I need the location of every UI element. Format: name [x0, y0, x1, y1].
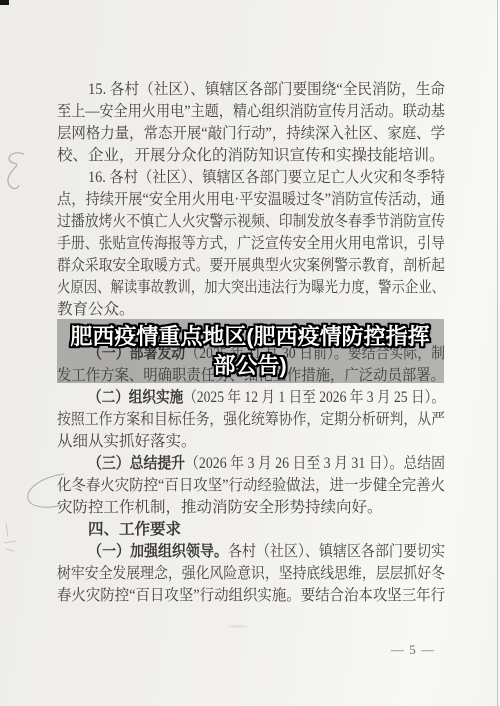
document-line: 15. 各村（社区）、镇辖区各部门要围绕“全民消防，生命: [57, 79, 445, 101]
bold-text-segment: （三）总结提升: [88, 455, 185, 472]
document-line: 教育公众。: [57, 299, 445, 321]
text-segment: 教育公众。: [57, 301, 135, 318]
document-line: 群众采取安全取暖方式。要开展典型火灾案例警示教育，剖析起: [57, 255, 445, 277]
text-segment: 从细从实抓好落实。: [57, 433, 197, 450]
bold-text-segment: 四、工作要求: [88, 521, 181, 538]
text-segment: 化冬春火灾防控“百日攻坚”行动经验做法，进一步健全完善火: [57, 477, 445, 494]
text-segment: 至上—安全用火用电”主题，精心组织消防宣传月活动。联动基: [57, 103, 445, 120]
text-segment: 群众采取安全取暖方式。要开展典型火灾案例警示教育，剖析起: [57, 257, 445, 274]
text-segment: 16. 各村（社区）、镇辖区各部门要立足亡人火灾和冬季特: [88, 169, 445, 186]
text-segment: 灾防控工作机制，推动消防安全形势持续向好。: [57, 499, 383, 516]
scan-smudge-artifact: [228, 625, 248, 628]
document-line: 从细从实抓好落实。: [57, 431, 445, 453]
document-line: （一）加强组织领导。各村（社区）、镇辖区各部门要切实: [57, 541, 445, 563]
document-line: （二）组织实施（2025 年 12 月 1 日至 2026 年 3 月 25 日…: [57, 387, 445, 409]
text-segment: 点，持续开展“安全用火用电·平安温暖过冬”消防宣传活动，通: [57, 191, 445, 208]
overlay-title: 肥西疫情重点地区(肥西疫情防控指挥 部公告): [50, 319, 450, 383]
document-line: 火原因、解读事故教训，加大突出违法行为曝光力度，警示企业、: [57, 277, 445, 299]
document-line: 灾防控工作机制，推动消防安全形势持续向好。: [57, 497, 445, 519]
document-line: 化冬春火灾防控“百日攻坚”行动经验做法，进一步健全完善火: [57, 475, 445, 497]
document-line: 16. 各村（社区）、镇辖区各部门要立足亡人火灾和冬季特: [57, 167, 445, 189]
section-heading: 四、工作要求: [57, 519, 445, 541]
document-line: 春火灾防控“百日攻坚”行动组织实施。要结合治本攻坚三年行: [57, 585, 445, 607]
document-line: 手册、张贴宣传海报等方式，广泛宣传安全用火用电常识，引导: [57, 233, 445, 255]
overlay-title-line1: 肥西疫情重点地区(肥西疫情防控指挥: [70, 322, 429, 351]
text-segment: （2025 年 12 月 1 日至 2026 年 3 月 25 日）。: [183, 389, 445, 406]
pencil-marks-artifact: [1, 520, 25, 556]
document-line: 树牢安全发展理念，强化风险意识，坚持底线思维，层层抓好冬: [57, 563, 445, 585]
bold-text-segment: （二）组织实施: [88, 389, 183, 406]
text-segment: 手册、张贴宣传海报等方式，广泛宣传安全用火用电常识，引导: [57, 235, 445, 252]
text-segment: 校、企业，开展分众化的消防知识宣传和实操技能培训。: [57, 147, 445, 164]
bold-text-segment: （一）加强组织领导。: [88, 543, 228, 560]
text-segment: 春火灾防控“百日攻坚”行动组织实施。要结合治本攻坚三年行: [57, 587, 445, 604]
page-edge-line: [497, 0, 498, 706]
document-line: 点，持续开展“安全用火用电·平安温暖过冬”消防宣传活动，通: [57, 189, 445, 211]
text-segment: 过播放烤火不慎亡人火灾警示视频、印制发放冬春季节消防宣传: [57, 213, 445, 230]
text-segment: 层网格力量，常态开展“敲门行动”，持续深入社区、家庭、学: [57, 125, 445, 142]
text-segment: 各村（社区）、镇辖区各部门要切实: [228, 543, 445, 560]
text-segment: （2026 年 3 月 26 日至 3 月 31 日）。总结固: [185, 455, 445, 472]
document-line: 至上—安全用火用电”主题，精心组织消防宣传月活动。联动基: [57, 101, 445, 123]
document-line: 按照工作方案和目标任务，强化统筹协作，定期分析研判，从严: [57, 409, 445, 431]
document-line: 过播放烤火不慎亡人火灾警示视频、印制发放冬春季节消防宣传: [57, 211, 445, 233]
text-segment: 树牢安全发展理念，强化风险意识，坚持底线思维，层层抓好冬: [57, 565, 445, 582]
page-number: — 5 —: [378, 642, 448, 658]
text-segment: 火原因、解读事故教训，加大突出违法行为曝光力度，警示企业、: [57, 279, 445, 296]
document-line: 层网格力量，常态开展“敲门行动”，持续深入社区、家庭、学: [57, 123, 445, 145]
text-segment: 15. 各村（社区）、镇辖区各部门要围绕“全民消防，生命: [88, 81, 445, 98]
scanned-document-page: 15. 各村（社区）、镇辖区各部门要围绕“全民消防，生命至上—安全用火用电”主题…: [0, 0, 500, 706]
scan-corner-artifact: [0, 0, 9, 5]
overlay-title-line2: 部公告): [213, 351, 286, 380]
text-segment: 按照工作方案和目标任务，强化统筹协作，定期分析研判，从严: [57, 411, 445, 428]
document-line: （三）总结提升（2026 年 3 月 26 日至 3 月 31 日）。总结固: [57, 453, 445, 475]
pencil-scribble-artifact: [2, 146, 32, 202]
document-line: 校、企业，开展分众化的消防知识宣传和实操技能培训。: [57, 145, 445, 167]
